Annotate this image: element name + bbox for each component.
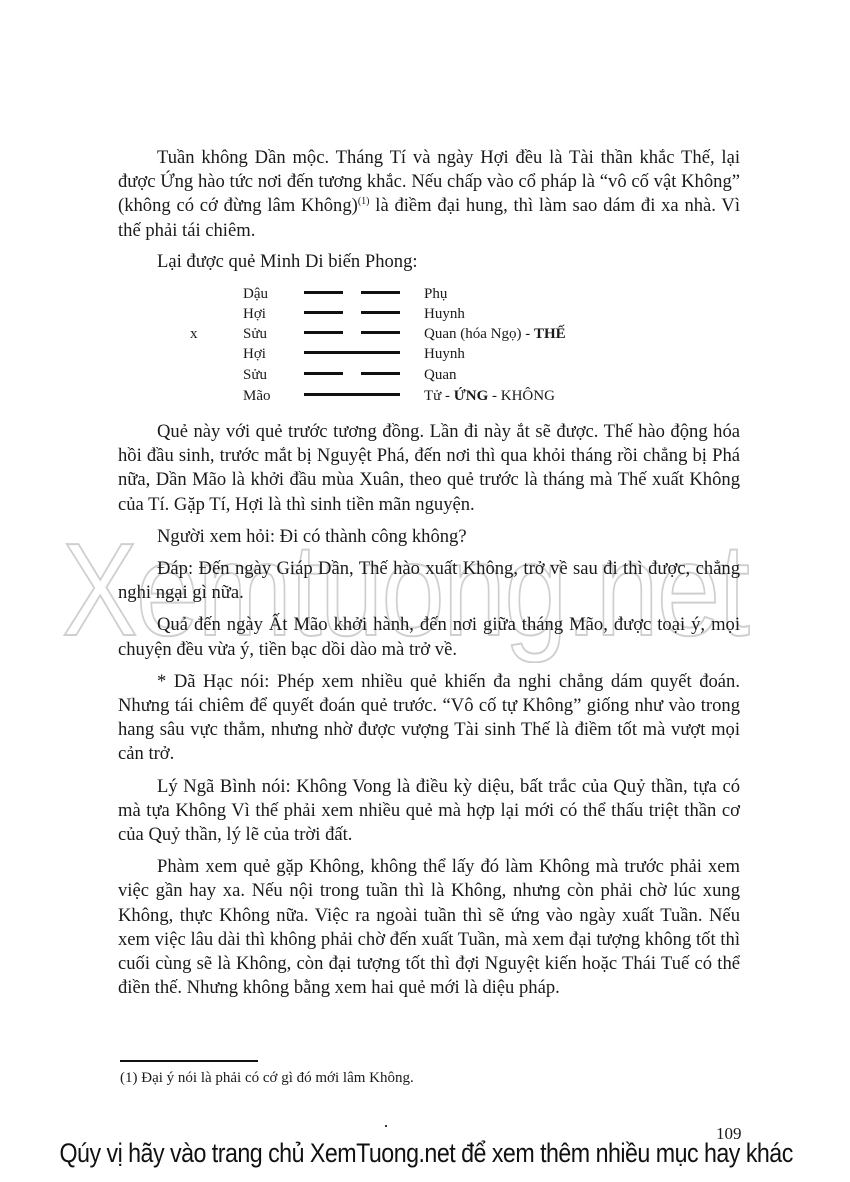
footnote: (1) Đại ý nói là phải có cớ gì đó mới lâ… (120, 1070, 414, 1087)
hexagram-intro: Lại được quẻ Minh Di biến Phong: (118, 250, 740, 274)
hexagram-row: x Sửu Quan (hóa Ngọ) - THẾ (118, 322, 740, 342)
yang-line-icon (304, 393, 400, 396)
paragraph: Tuần không Dần mộc. Tháng Tí và ngày Hợi… (118, 146, 740, 243)
paragraph: Người xem hỏi: Đi có thành công không? (118, 525, 740, 549)
hexagram-diagram: Dậu Phụ Hợi Huynh x Sửu Quan (hóa Ngọ) -… (118, 282, 740, 408)
hexagram-row: Dậu Phụ (118, 282, 740, 302)
earthly-branch: Mão (243, 384, 271, 408)
paragraph: Quẻ này với quẻ trước tương đồng. Lần đi… (118, 420, 740, 517)
hexagram-row: Mão Tử - ỨNG - KHÔNG (118, 384, 740, 404)
paragraph: Lý Ngã Bình nói: Không Vong là điều kỳ d… (118, 775, 740, 848)
yin-line-icon (304, 311, 400, 314)
hexagram-row: Sửu Quan (118, 363, 740, 383)
scan-dot (385, 1125, 387, 1127)
hexagram-row: Hợi Huynh (118, 342, 740, 362)
site-banner[interactable]: Qúy vị hãy vào trang chủ XemTuong.net để… (60, 1138, 791, 1169)
hexagram-row: Hợi Huynh (118, 302, 740, 322)
paragraph: Đáp: Đến ngày Giáp Dần, Thế hào xuất Khô… (118, 557, 740, 605)
footnote-divider (120, 1060, 258, 1062)
yin-line-icon (304, 372, 400, 375)
yin-line-icon (304, 291, 400, 294)
page-body: Tuần không Dần mộc. Tháng Tí và ngày Hợi… (118, 146, 740, 1008)
paragraph: Quả đến ngày Ất Mão khởi hành, đến nơi g… (118, 613, 740, 661)
line-relation: Tử - ỨNG - KHÔNG (424, 384, 555, 408)
ung-marker: ỨNG (454, 388, 488, 404)
paragraph: * Dã Hạc nói: Phép xem nhiều quẻ khiến đ… (118, 670, 740, 767)
paragraph: Phàm xem quẻ gặp Không, không thể lấy đó… (118, 855, 740, 1000)
footnote-ref[interactable]: (1) (358, 196, 370, 207)
the-marker: THẾ (534, 326, 566, 342)
yang-line-icon (304, 351, 400, 354)
yin-line-icon (304, 331, 400, 334)
